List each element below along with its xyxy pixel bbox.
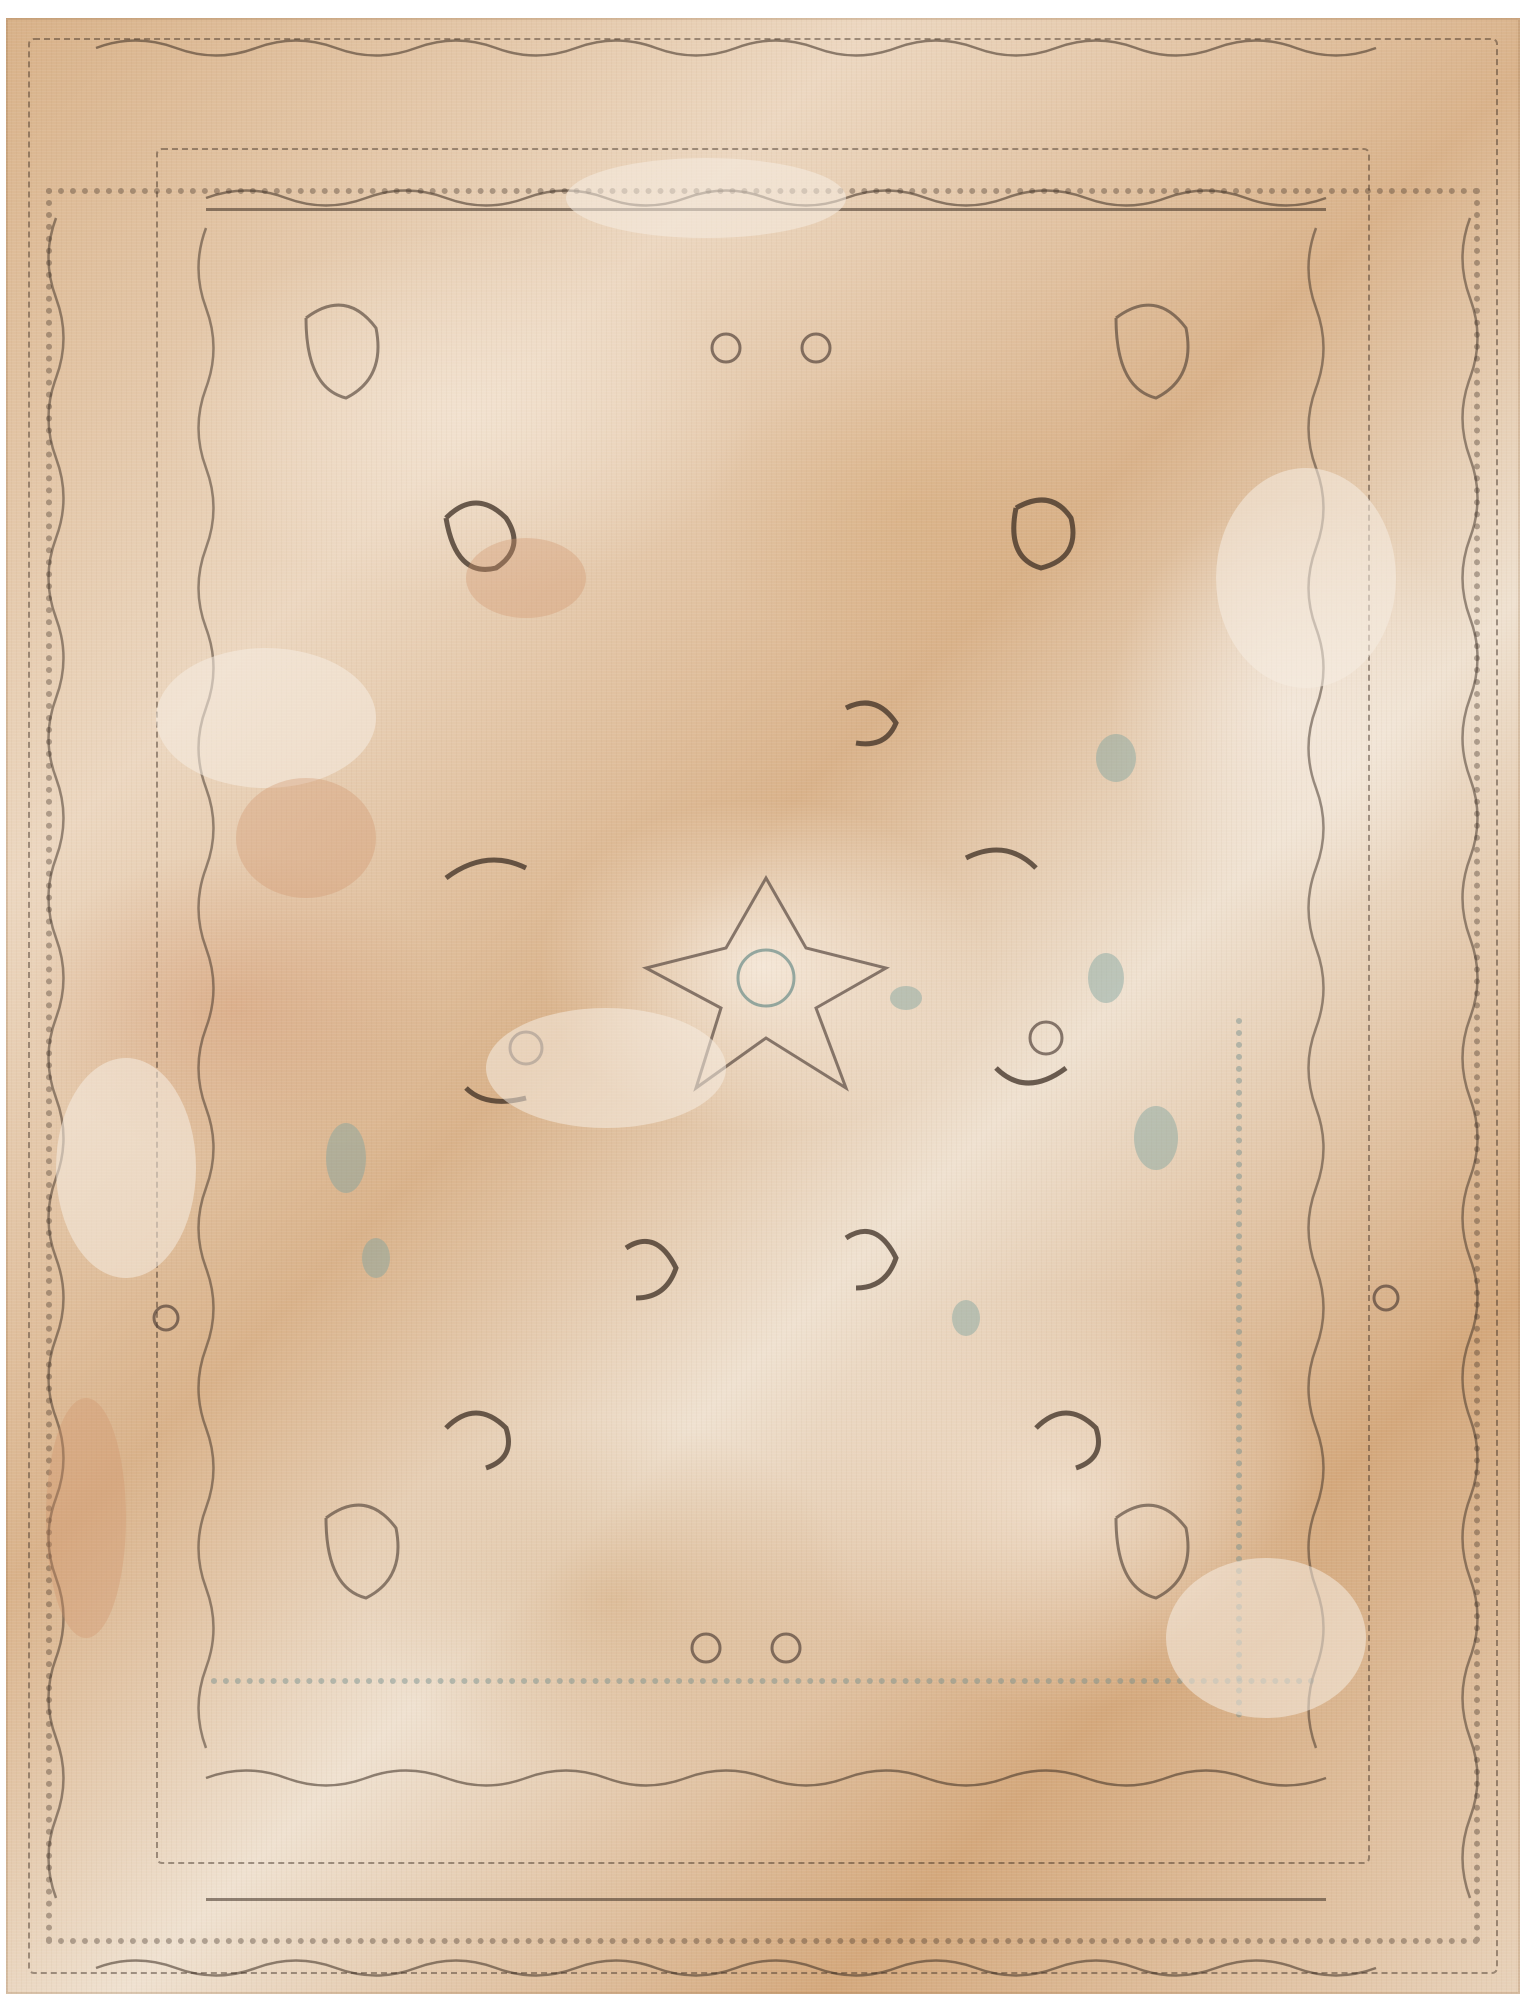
rug-motifs	[6, 18, 1520, 1994]
small-rosettes	[154, 334, 1398, 1662]
teal-accents	[326, 734, 1178, 1336]
dark-rosettes	[446, 500, 1099, 1468]
worn-patches	[56, 158, 1396, 1718]
rug-photo	[6, 18, 1520, 1994]
scroll-vine-bottom	[96, 1771, 1376, 1976]
corner-palmettes	[306, 305, 1188, 1598]
dot-rows	[206, 208, 1326, 1901]
